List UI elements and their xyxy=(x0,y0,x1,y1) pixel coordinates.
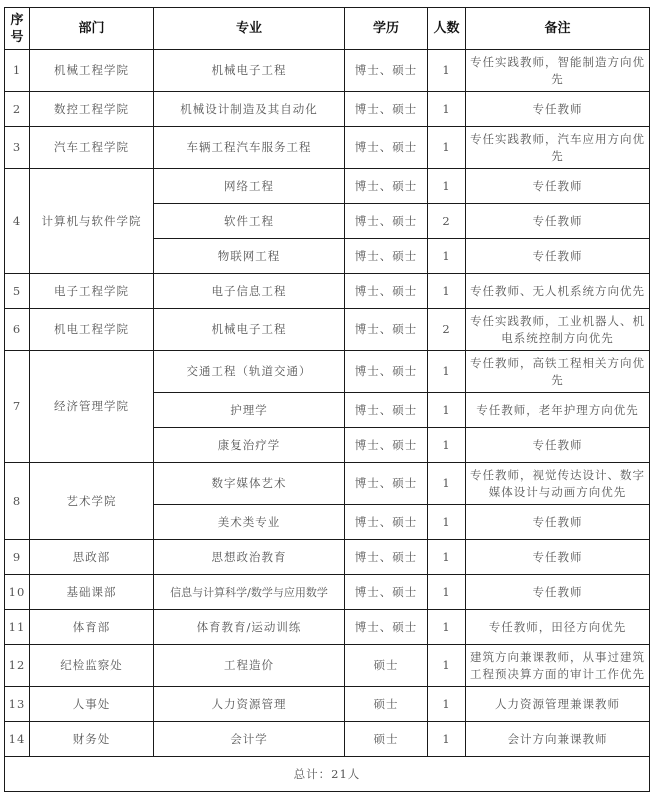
table-row: 9 思政部 思想政治教育 博士、硕士 1 专任教师 xyxy=(5,540,650,575)
dept-cell: 基础课部 xyxy=(30,575,154,610)
count-cell: 1 xyxy=(428,722,466,757)
header-seq: 序号 xyxy=(5,8,30,50)
note-cell: 专任教师 xyxy=(466,428,650,463)
table-row: 8 艺术学院 数字媒体艺术 博士、硕士 1 专任教师，视觉传达设计、数字媒体设计… xyxy=(5,463,650,505)
degree-cell: 博士、硕士 xyxy=(345,309,428,351)
degree-cell: 博士、硕士 xyxy=(345,239,428,274)
seq-cell: 6 xyxy=(5,309,30,351)
dept-cell: 机电工程学院 xyxy=(30,309,154,351)
major-cell: 信息与计算科学/数学与应用数学 xyxy=(154,575,345,610)
degree-cell: 博士、硕士 xyxy=(345,428,428,463)
degree-cell: 博士、硕士 xyxy=(345,610,428,645)
degree-cell: 硕士 xyxy=(345,645,428,687)
degree-cell: 博士、硕士 xyxy=(345,204,428,239)
major-cell: 工程造价 xyxy=(154,645,345,687)
seq-cell: 10 xyxy=(5,575,30,610)
major-cell: 会计学 xyxy=(154,722,345,757)
dept-cell: 汽车工程学院 xyxy=(30,127,154,169)
note-cell: 专任教师 xyxy=(466,505,650,540)
count-cell: 1 xyxy=(428,463,466,505)
major-cell: 思想政治教育 xyxy=(154,540,345,575)
degree-cell: 博士、硕士 xyxy=(345,274,428,309)
count-cell: 1 xyxy=(428,92,466,127)
count-cell: 1 xyxy=(428,393,466,428)
major-cell: 网络工程 xyxy=(154,169,345,204)
major-cell: 康复治疗学 xyxy=(154,428,345,463)
seq-cell: 14 xyxy=(5,722,30,757)
degree-cell: 博士、硕士 xyxy=(345,50,428,92)
table-row: 2 数控工程学院 机械设计制造及其自动化 博士、硕士 1 专任教师 xyxy=(5,92,650,127)
degree-cell: 博士、硕士 xyxy=(345,393,428,428)
count-cell: 1 xyxy=(428,505,466,540)
count-cell: 1 xyxy=(428,169,466,204)
count-cell: 1 xyxy=(428,687,466,722)
note-cell: 会计方向兼课教师 xyxy=(466,722,650,757)
note-cell: 人力资源管理兼课教师 xyxy=(466,687,650,722)
header-major: 专业 xyxy=(154,8,345,50)
table-row: 11 体育部 体育教育/运动训练 博士、硕士 1 专任教师，田径方向优先 xyxy=(5,610,650,645)
major-cell: 机械电子工程 xyxy=(154,50,345,92)
degree-cell: 博士、硕士 xyxy=(345,463,428,505)
degree-cell: 博士、硕士 xyxy=(345,92,428,127)
degree-cell: 博士、硕士 xyxy=(345,505,428,540)
header-count: 人数 xyxy=(428,8,466,50)
major-cell: 人力资源管理 xyxy=(154,687,345,722)
table-row: 4 计算机与软件学院 网络工程 博士、硕士 1 专任教师 xyxy=(5,169,650,204)
count-cell: 1 xyxy=(428,274,466,309)
seq-cell: 5 xyxy=(5,274,30,309)
table-row: 10 基础课部 信息与计算科学/数学与应用数学 博士、硕士 1 专任教师 xyxy=(5,575,650,610)
dept-cell: 计算机与软件学院 xyxy=(30,169,154,274)
count-cell: 1 xyxy=(428,575,466,610)
dept-cell: 体育部 xyxy=(30,610,154,645)
header-dept: 部门 xyxy=(30,8,154,50)
table-row: 1 机械工程学院 机械电子工程 博士、硕士 1 专任实践教师，智能制造方向优先 xyxy=(5,50,650,92)
count-cell: 1 xyxy=(428,645,466,687)
seq-cell: 13 xyxy=(5,687,30,722)
note-cell: 专任教师 xyxy=(466,92,650,127)
major-cell: 护理学 xyxy=(154,393,345,428)
seq-cell: 2 xyxy=(5,92,30,127)
dept-cell: 经济管理学院 xyxy=(30,351,154,463)
note-cell: 专任教师 xyxy=(466,204,650,239)
dept-cell: 纪检监察处 xyxy=(30,645,154,687)
total-row: 总计：21人 xyxy=(5,757,650,792)
note-cell: 专任实践教师，汽车应用方向优先 xyxy=(466,127,650,169)
dept-cell: 机械工程学院 xyxy=(30,50,154,92)
table-row: 12 纪检监察处 工程造价 硕士 1 建筑方向兼课教师，从事过建筑工程预决算方面… xyxy=(5,645,650,687)
table-row: 13 人事处 人力资源管理 硕士 1 人力资源管理兼课教师 xyxy=(5,687,650,722)
count-cell: 1 xyxy=(428,239,466,274)
header-degree: 学历 xyxy=(345,8,428,50)
dept-cell: 电子工程学院 xyxy=(30,274,154,309)
degree-cell: 博士、硕士 xyxy=(345,127,428,169)
degree-cell: 博士、硕士 xyxy=(345,351,428,393)
seq-cell: 11 xyxy=(5,610,30,645)
dept-cell: 财务处 xyxy=(30,722,154,757)
note-cell: 专任实践教师，工业机器人、机电系统控制方向优先 xyxy=(466,309,650,351)
dept-cell: 人事处 xyxy=(30,687,154,722)
degree-cell: 博士、硕士 xyxy=(345,540,428,575)
header-note: 备注 xyxy=(466,8,650,50)
major-cell: 机械电子工程 xyxy=(154,309,345,351)
note-cell: 专任教师 xyxy=(466,239,650,274)
count-cell: 2 xyxy=(428,309,466,351)
seq-cell: 3 xyxy=(5,127,30,169)
count-cell: 1 xyxy=(428,127,466,169)
count-cell: 1 xyxy=(428,540,466,575)
note-cell: 专任教师 xyxy=(466,575,650,610)
note-cell: 专任教师 xyxy=(466,540,650,575)
degree-cell: 硕士 xyxy=(345,722,428,757)
table-row: 14 财务处 会计学 硕士 1 会计方向兼课教师 xyxy=(5,722,650,757)
count-cell: 1 xyxy=(428,50,466,92)
degree-cell: 博士、硕士 xyxy=(345,575,428,610)
major-cell: 软件工程 xyxy=(154,204,345,239)
count-cell: 1 xyxy=(428,610,466,645)
major-cell: 物联网工程 xyxy=(154,239,345,274)
seq-cell: 7 xyxy=(5,351,30,463)
header-row: 序号 部门 专业 学历 人数 备注 xyxy=(5,8,650,50)
count-cell: 1 xyxy=(428,351,466,393)
table-row: 7 经济管理学院 交通工程（轨道交通） 博士、硕士 1 专任教师，高铁工程相关方… xyxy=(5,351,650,393)
seq-cell: 8 xyxy=(5,463,30,540)
note-cell: 建筑方向兼课教师，从事过建筑工程预决算方面的审计工作优先 xyxy=(466,645,650,687)
seq-cell: 9 xyxy=(5,540,30,575)
major-cell: 电子信息工程 xyxy=(154,274,345,309)
table-row: 3 汽车工程学院 车辆工程汽车服务工程 博士、硕士 1 专任实践教师，汽车应用方… xyxy=(5,127,650,169)
count-cell: 2 xyxy=(428,204,466,239)
major-cell: 数字媒体艺术 xyxy=(154,463,345,505)
note-cell: 专任教师，老年护理方向优先 xyxy=(466,393,650,428)
note-cell: 专任实践教师，智能制造方向优先 xyxy=(466,50,650,92)
table-row: 5 电子工程学院 电子信息工程 博士、硕士 1 专任教师、无人机系统方向优先 xyxy=(5,274,650,309)
dept-cell: 思政部 xyxy=(30,540,154,575)
count-cell: 1 xyxy=(428,428,466,463)
table-row: 6 机电工程学院 机械电子工程 博士、硕士 2 专任实践教师，工业机器人、机电系… xyxy=(5,309,650,351)
degree-cell: 博士、硕士 xyxy=(345,169,428,204)
seq-cell: 4 xyxy=(5,169,30,274)
note-cell: 专任教师、无人机系统方向优先 xyxy=(466,274,650,309)
recruitment-table: 序号 部门 专业 学历 人数 备注 1 机械工程学院 机械电子工程 博士、硕士 … xyxy=(4,7,650,792)
total-cell: 总计：21人 xyxy=(5,757,650,792)
major-cell: 体育教育/运动训练 xyxy=(154,610,345,645)
note-cell: 专任教师 xyxy=(466,169,650,204)
degree-cell: 硕士 xyxy=(345,687,428,722)
major-cell: 美术类专业 xyxy=(154,505,345,540)
note-cell: 专任教师，田径方向优先 xyxy=(466,610,650,645)
note-cell: 专任教师，高铁工程相关方向优先 xyxy=(466,351,650,393)
dept-cell: 数控工程学院 xyxy=(30,92,154,127)
seq-cell: 1 xyxy=(5,50,30,92)
note-cell: 专任教师，视觉传达设计、数字媒体设计与动画方向优先 xyxy=(466,463,650,505)
seq-cell: 12 xyxy=(5,645,30,687)
major-cell: 交通工程（轨道交通） xyxy=(154,351,345,393)
dept-cell: 艺术学院 xyxy=(30,463,154,540)
major-cell: 车辆工程汽车服务工程 xyxy=(154,127,345,169)
major-cell: 机械设计制造及其自动化 xyxy=(154,92,345,127)
